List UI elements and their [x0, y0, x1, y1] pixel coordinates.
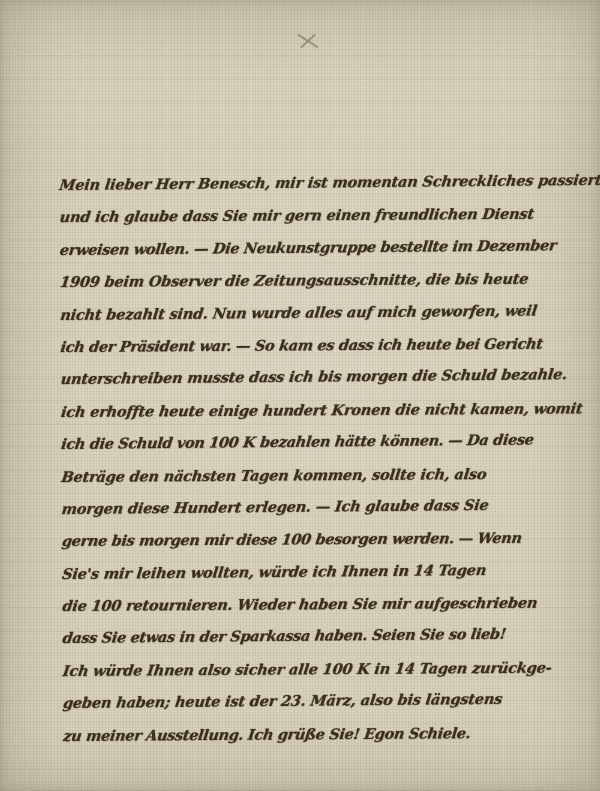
letter-line: geben haben; heute ist der 23. März, als… [61, 683, 575, 720]
letter-line: gerne bis morgen mir diese 100 besorgen … [60, 523, 574, 559]
letter-line: ich erhoffte heute einige hundert Kronen… [59, 393, 573, 429]
letter-line: zu meiner Ausstellung. Ich grüße Sie! Eg… [61, 717, 575, 753]
letter-body: Mein lieber Herr Benesch, mir ist moment… [57, 166, 571, 753]
letter-line: erweisen wollen. — Die Neukunstgruppe be… [58, 230, 572, 267]
letter-line: Mein lieber Herr Benesch, mir ist moment… [57, 165, 571, 202]
letter-line: morgen diese Hundert erlegen. — Ich glau… [59, 489, 573, 526]
letter-line: ich die Schuld von 100 K bezahlen hätte … [59, 424, 573, 461]
letter-line: Sie's mir leihen wollten, würde ich Ihne… [60, 554, 574, 591]
letter-line: dass Sie etwas in der Sparkassa haben. S… [60, 619, 574, 656]
letter-line: 1909 beim Observer die Zeitungsausschnit… [58, 264, 572, 300]
letter-line: nicht bezahlt sind. Nun wurde alles auf … [58, 295, 572, 332]
pencil-x-mark [296, 31, 320, 51]
letter-line: und ich glaube dass Sie mir gern einen f… [57, 199, 571, 235]
letter-line: unterschreiben musste dass ich bis morge… [59, 359, 573, 396]
letter-page: Mein lieber Herr Benesch, mir ist moment… [0, 0, 600, 791]
letter-line: Beträge den nächsten Tagen kommen, sollt… [59, 458, 573, 494]
